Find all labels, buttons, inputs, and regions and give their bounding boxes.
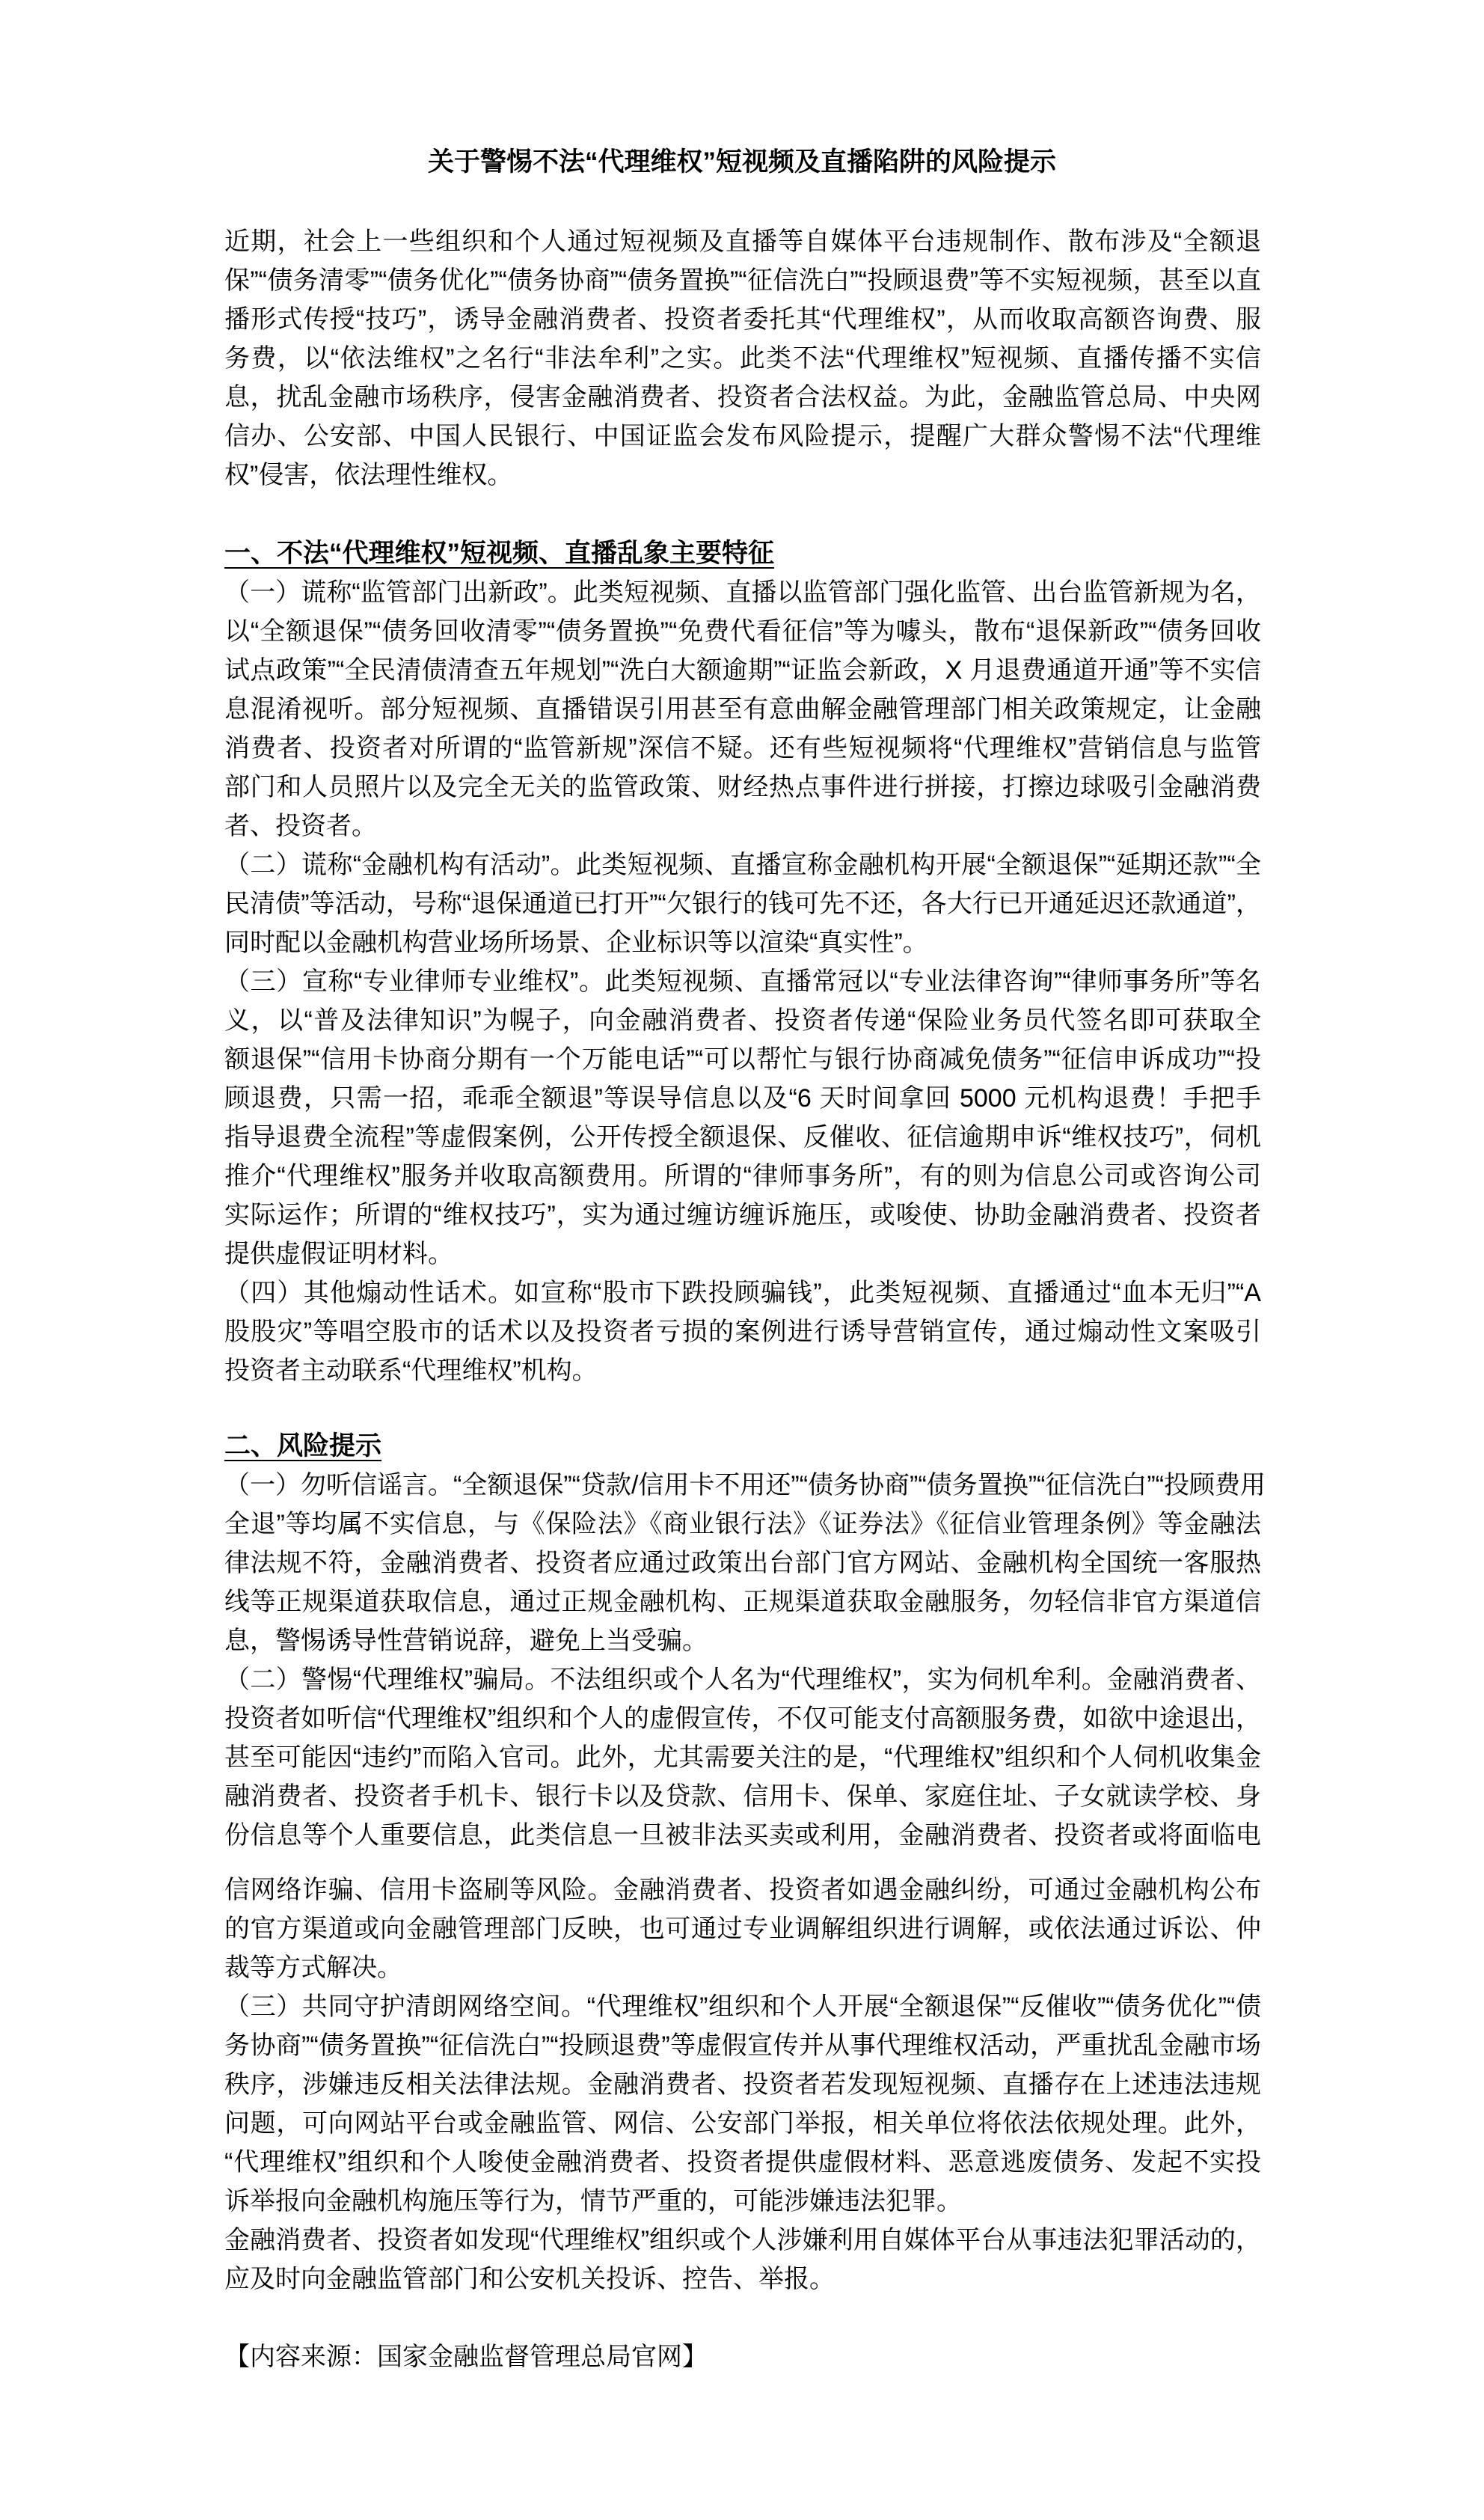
text-line: 消费者、投资者对所谓的“监管新规”深信不疑。还有些短视频将“代理维权”营销信息与… — [224, 729, 1261, 768]
text-line: 额退保”“信用卡协商分期有一个万能电话”“可以帮忙与银行协商减免债务”“征信申诉… — [224, 1040, 1261, 1079]
text-line: 顾退费，只需一招，乖乖全额退”等误导信息以及“6 天时间拿回 5000 元机构退… — [224, 1079, 1261, 1118]
text-line: （三）宣称“专业律师专业维权”。此类短视频、直播常冠以“专业法律咨询”“律师事务… — [224, 962, 1261, 1001]
text-line: 投资者如听信“代理维权”组织和个人的虚假宣传，不仅可能支付高额服务费，如欲中途退… — [224, 1699, 1261, 1738]
text-line: 近期，社会上一些组织和个人通过短视频及直播等自媒体平台违规制作、散布涉及“全额退 — [224, 222, 1261, 261]
text-line: 者、投资者。 — [224, 807, 1261, 845]
text-line: 以“全额退保”“债务回收清零”“债务置换”“免费代看征信”等为噱头，散布“退保新… — [224, 612, 1261, 651]
text-line: 秩序，涉嫌违反相关法律法规。金融消费者、投资者若发现短视频、直播存在上述违法违规 — [224, 2065, 1261, 2104]
section-1-item-1: （一）谎称“监管部门出新政”。此类短视频、直播以监管部门强化监管、出台监管新规为… — [224, 573, 1261, 845]
text-line: 投资者主动联系“代理维权”机构。 — [224, 1351, 1261, 1390]
text-line: （二）警惕“代理维权”骗局。不法组织或个人名为“代理维权”，实为伺机牟利。金融消… — [224, 1660, 1261, 1699]
document-page: 关于警惕不法“代理维权”短视频及直播陷阱的风险提示 近期，社会上一些组织和个人通… — [0, 0, 1484, 2520]
document-body: 近期，社会上一些组织和个人通过短视频及直播等自媒体平台违规制作、散布涉及“全额退… — [224, 222, 1261, 2376]
text-line: 息混淆视听。部分短视频、直播错误引用甚至有意曲解金融管理部门相关政策规定，让金融 — [224, 690, 1261, 729]
text-line: 提供虚假证明材料。 — [224, 1235, 1261, 1273]
text-line: （一）勿听信谣言。“全额退保”“贷款/信用卡不用还”“债务协商”“债务置换”“征… — [224, 1466, 1261, 1505]
text-line: 股股灾”等唱空股市的话术以及投资者亏损的案例进行诱导营销宣传，通过煽动性文案吸引 — [224, 1312, 1261, 1351]
text-line: 信办、公安部、中国人民银行、中国证监会发布风险提示，提醒广大群众警惕不法“代理维 — [224, 417, 1261, 456]
text-line: 部门和人员照片以及完全无关的监管政策、财经热点事件进行拼接，打擦边球吸引金融消费 — [224, 768, 1261, 807]
section-2-item-2: （二）警惕“代理维权”骗局。不法组织或个人名为“代理维权”，实为伺机牟利。金融消… — [224, 1660, 1261, 1987]
document-title: 关于警惕不法“代理维权”短视频及直播陷阱的风险提示 — [0, 143, 1484, 182]
text-line: 份信息等个人重要信息，此类信息一旦被非法买卖或利用，金融消费者、投资者或将面临电 — [224, 1816, 1261, 1855]
text-line: 融消费者、投资者手机卡、银行卡以及贷款、信用卡、保单、家庭住址、子女就读学校、身 — [224, 1777, 1261, 1816]
intro-paragraph: 近期，社会上一些组织和个人通过短视频及直播等自媒体平台违规制作、散布涉及“全额退… — [224, 222, 1261, 495]
text-line: （四）其他煽动性话术。如宣称“股市下跌投顾骗钱”，此类短视频、直播通过“血本无归… — [224, 1273, 1261, 1312]
text-line: 问题，可向网站平台或金融监管、网信、公安部门举报，相关单位将依法依规处理。此外， — [224, 2104, 1261, 2143]
section-2-item-3: （三）共同守护清朗网络空间。“代理维权”组织和个人开展“全额退保”“反催收”“债… — [224, 1987, 1261, 2221]
text-line: （三）共同守护清朗网络空间。“代理维权”组织和个人开展“全额退保”“反催收”“债… — [224, 1987, 1261, 2026]
text-line: 金融消费者、投资者如发现“代理维权”组织或个人涉嫌利用自媒体平台从事违法犯罪活动… — [224, 2221, 1261, 2260]
text-line: 甚至可能因“违约”而陷入官司。此外，尤其需要关注的是，“代理维权”组织和个人伺机… — [224, 1738, 1261, 1777]
text-line: 应及时向金融监管部门和公安机关投诉、控告、举报。 — [224, 2260, 1261, 2299]
section-2-item-1: （一）勿听信谣言。“全额退保”“贷款/信用卡不用还”“债务协商”“债务置换”“征… — [224, 1466, 1261, 1660]
text-line: 律法规不符，金融消费者、投资者应通过政策出台部门官方网站、金融机构全国统一客服热 — [224, 1544, 1261, 1582]
text-line: 保”“债务清零”“债务优化”“债务协商”“债务置换”“征信洗白”“投顾退费”等不… — [224, 261, 1261, 300]
text-line: 诉举报向金融机构施压等行为，情节严重的，可能涉嫌违法犯罪。 — [224, 2182, 1261, 2221]
section-1-item-4: （四）其他煽动性话术。如宣称“股市下跌投顾骗钱”，此类短视频、直播通过“血本无归… — [224, 1273, 1261, 1390]
text-line: 息，扰乱金融市场秩序，侵害金融消费者、投资者合法权益。为此，金融监管总局、中央网 — [224, 378, 1261, 417]
text-line: 义，以“普及法律知识”为幌子，向金融消费者、投资者传递“保险业务员代签名即可获取… — [224, 1001, 1261, 1040]
text-line: 线等正规渠道获取信息，通过正规金融机构、正规渠道获取金融服务，勿轻信非官方渠道信 — [224, 1582, 1261, 1621]
text-line: 民清债”等活动，号称“退保通道已打开”“欠银行的钱可先不还，各大行已开通延迟还款… — [224, 884, 1261, 923]
text-line: 务协商”“债务置换”“征信洗白”“投顾退费”等虚假宣传并从事代理维权活动，严重扰… — [224, 2026, 1261, 2065]
text-line: （一）谎称“监管部门出新政”。此类短视频、直播以监管部门强化监管、出台监管新规为… — [224, 573, 1261, 612]
text-line: （二）谎称“金融机构有活动”。此类短视频、直播宣称金融机构开展“全额退保”“延期… — [224, 845, 1261, 884]
text-line: “代理维权”组织和个人唆使金融消费者、投资者提供虚假材料、恶意逃废债务、发起不实… — [224, 2143, 1261, 2182]
section-heading-features: 一、不法“代理维权”短视频、直播乱象主要特征 — [224, 534, 1261, 573]
text-line: 息，警惕诱导性营销说辞，避免上当受骗。 — [224, 1621, 1261, 1660]
text-line: 务费，以“依法维权”之名行“非法牟利”之实。此类不法“代理维权”短视频、直播传播… — [224, 339, 1261, 378]
section-1-item-3: （三）宣称“专业律师专业维权”。此类短视频、直播常冠以“专业法律咨询”“律师事务… — [224, 962, 1261, 1273]
text-line: 信网络诈骗、信用卡盗刷等风险。金融消费者、投资者如遇金融纠纷，可通过金融机构公布 — [224, 1871, 1261, 1909]
text-line: 指导退费全流程”等虚假案例，公开传授全额退保、反催收、征信逾期申诉“维权技巧”，… — [224, 1118, 1261, 1157]
text-line: 的官方渠道或向金融管理部门反映，也可通过专业调解组织进行调解，或依法通过诉讼、仲 — [224, 1909, 1261, 1948]
text-line: 试点政策”“全民清债清查五年规划”“洗白大额逾期”“证监会新政，X 月退费通道开… — [224, 651, 1261, 690]
content-source: 【内容来源：国家金融监督管理总局官网】 — [224, 2337, 1261, 2376]
text-line: 实际运作；所谓的“维权技巧”，实为通过缠访缠诉施压，或唆使、协助金融消费者、投资… — [224, 1196, 1261, 1235]
text-line: 裁等方式解决。 — [224, 1948, 1261, 1987]
section-1-item-2: （二）谎称“金融机构有活动”。此类短视频、直播宣称金融机构开展“全额退保”“延期… — [224, 845, 1261, 962]
text-line: 播形式传授“技巧”，诱导金融消费者、投资者委托其“代理维权”，从而收取高额咨询费… — [224, 300, 1261, 339]
text-line: 同时配以金融机构营业场所场景、企业标识等以渲染“真实性”。 — [224, 923, 1261, 962]
text-line: 推介“代理维权”服务并收取高额费用。所谓的“律师事务所”，有的则为信息公司或咨询… — [224, 1157, 1261, 1196]
closing-paragraph: 金融消费者、投资者如发现“代理维权”组织或个人涉嫌利用自媒体平台从事违法犯罪活动… — [224, 2221, 1261, 2299]
section-heading-risk-warning: 二、风险提示 — [224, 1427, 1261, 1466]
text-line: 全退”等均属不实信息，与《保险法》《商业银行法》《证券法》《征信业管理条例》等金… — [224, 1505, 1261, 1544]
text-line: 权”侵害，依法理性维权。 — [224, 456, 1261, 495]
